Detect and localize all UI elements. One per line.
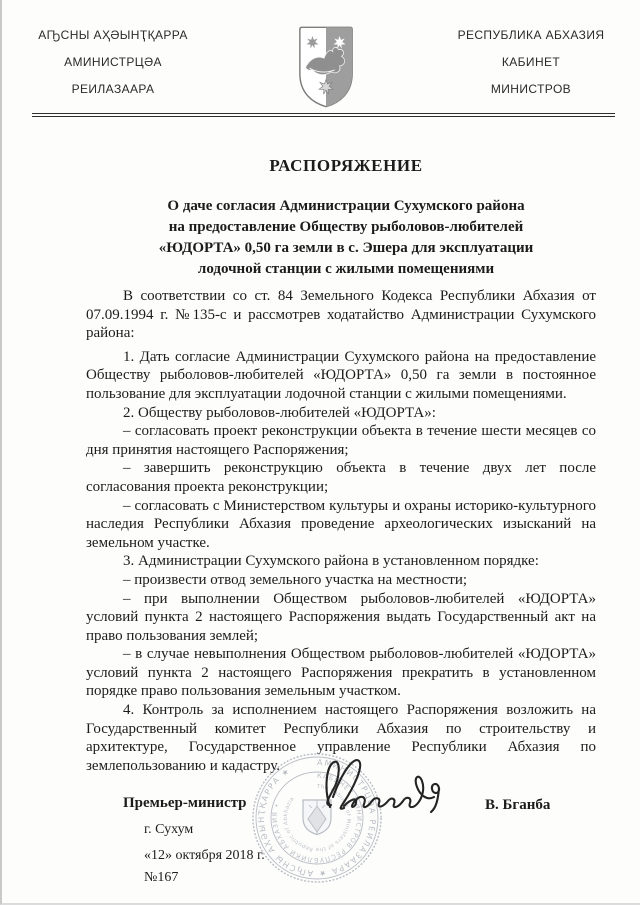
- signature-icon: [300, 750, 465, 830]
- header-left-line: АҦСНЫ АҲӘЫНҬҚАРРА: [28, 22, 198, 49]
- signoff-city: г. Сухум: [144, 822, 193, 838]
- doc-paragraph: – согласовать проект реконструкции объек…: [86, 422, 596, 459]
- doc-subtitle-line: на предоставление Обществу рыболовов-люб…: [86, 217, 606, 238]
- doc-paragraph: В соответствии со ст. 84 Земельного Коде…: [86, 287, 596, 343]
- document-page: АҦСНЫ АҲӘЫНҬҚАРРААМИНИСТРЦӘАРЕИЛАЗААРА Р…: [0, 0, 640, 905]
- coat-of-arms-icon: [296, 24, 356, 115]
- header-right-line: КАБИНЕТ: [446, 49, 616, 76]
- doc-paragraph: 2. Обществу рыболовов-любителей «ЮДОРТА»…: [86, 404, 596, 423]
- header-left-line: РЕИЛАЗААРА: [28, 76, 198, 103]
- doc-paragraph: – произвести отвод земельного участка на…: [86, 571, 596, 590]
- doc-paragraph: – при выполнении Обществом рыболовов-люб…: [86, 590, 596, 646]
- doc-body: В соответствии со ст. 84 Земельного Коде…: [86, 287, 596, 775]
- header-left: АҦСНЫ АҲӘЫНҬҚАРРААМИНИСТРЦӘАРЕИЛАЗААРА: [28, 22, 198, 103]
- doc-title: РАСПОРЯЖЕНИЕ: [86, 156, 606, 176]
- signoff-name: В. Бганба: [485, 797, 550, 814]
- header-divider: [32, 113, 615, 117]
- doc-subtitle-line: «ЮДОРТА» 0,50 га земли в с. Эшера для эк…: [86, 238, 606, 259]
- doc-paragraph: – согласовать с Министерством культуры и…: [86, 497, 596, 553]
- signoff-date: «12» октября 2018 г.: [144, 848, 265, 864]
- doc-subtitle-line: лодочной станции с жилыми помещениями: [86, 259, 606, 280]
- header-right-line: МИНИСТРОВ: [446, 76, 616, 103]
- doc-paragraph: 1. Дать согласие Администрации Сухумског…: [86, 348, 596, 404]
- doc-paragraph: – в случае невыполнения Обществом рыболо…: [86, 645, 596, 701]
- signoff-number: №167: [144, 870, 178, 886]
- doc-paragraph: – завершить реконструкцию объекта в тече…: [86, 459, 596, 496]
- doc-paragraph: 3. Администрации Сухумского района в уст…: [86, 552, 596, 571]
- header-left-line: АМИНИСТРЦӘА: [28, 49, 198, 76]
- header-right: РЕСПУБЛИКА АБХАЗИЯКАБИНЕТМИНИСТРОВ: [446, 22, 616, 103]
- signoff-role: Премьер-министр: [123, 795, 247, 812]
- doc-subtitle: О даче согласия Администрации Сухумского…: [86, 196, 606, 280]
- doc-subtitle-line: О даче согласия Администрации Сухумского…: [86, 196, 606, 217]
- header-right-line: РЕСПУБЛИКА АБХАЗИЯ: [446, 22, 616, 49]
